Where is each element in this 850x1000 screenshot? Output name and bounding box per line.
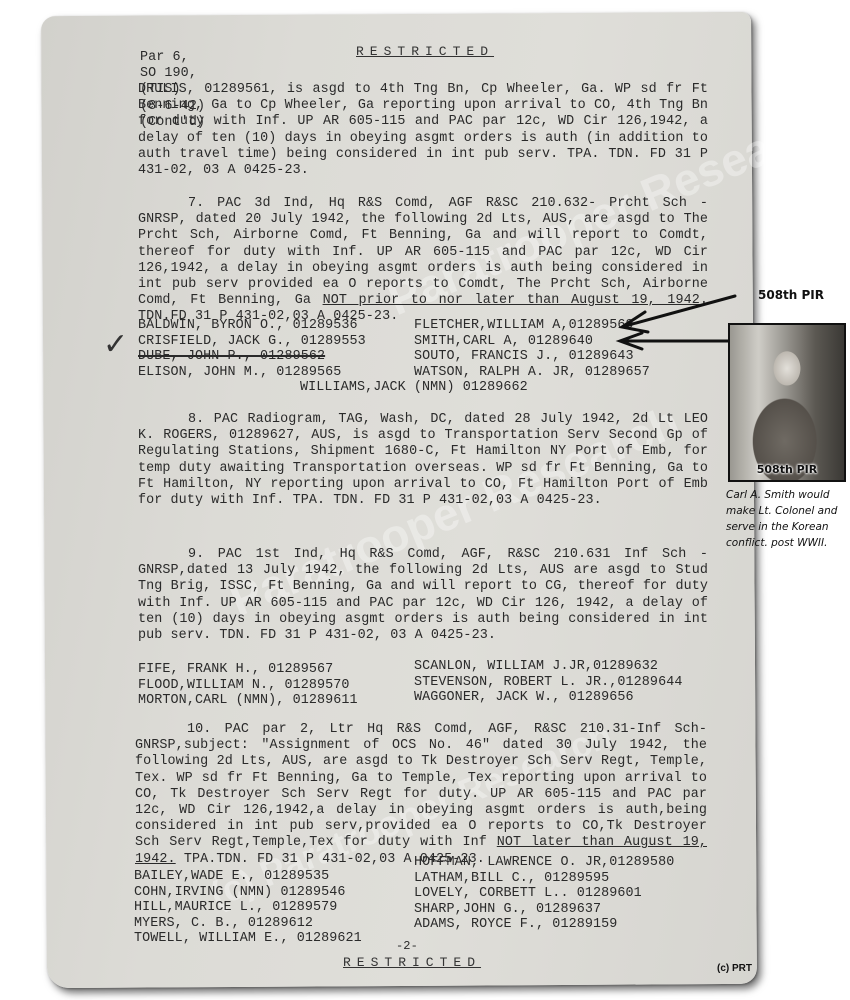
name-entry: COHN,IRVING (NMN) 01289546 <box>134 885 362 901</box>
name-entry: ELISON, JOHN M., 01289565 <box>138 365 366 381</box>
name-entry: BAILEY,WADE E., 01289535 <box>134 869 362 885</box>
name-entry: FIFE, FRANK H., 01289567 <box>138 662 358 678</box>
name-entry: FLETCHER,WILLIAM A,01289569 <box>414 318 650 334</box>
paragraph-7: 7. PAC 3d Ind, Hq R&S Comd, AGF R&SC 210… <box>138 196 708 326</box>
name-entry: CRISFIELD, JACK G., 01289553 <box>138 334 366 350</box>
name-entry: MYERS, C. B., 01289612 <box>134 916 362 932</box>
names-list-right: HOFFMAN, LAWRENCE O. JR,01289580 LATHAM,… <box>414 855 674 933</box>
name-entry: HOFFMAN, LAWRENCE O. JR,01289580 <box>414 855 674 871</box>
paragraph-9: 9. PAC 1st Ind, Hq R&S Comd, AGF, R&SC 2… <box>138 547 708 644</box>
names-list-left: BAILEY,WADE E., 01289535 COHN,IRVING (NM… <box>134 869 362 947</box>
name-entry: STEVENSON, ROBERT L. JR.,01289644 <box>414 675 682 691</box>
name-entry: LATHAM,BILL C., 01289595 <box>414 871 674 887</box>
name-entry: SHARP,JOHN G., 01289637 <box>414 902 674 918</box>
paragraph-8: 8. PAC Radiogram, TAG, Wash, DC, dated 2… <box>138 412 708 509</box>
name-entry: SOUTO, FRANCIS J., 01289643 <box>414 349 650 365</box>
name-entry: MORTON,CARL (NMN), 01289611 <box>138 693 358 709</box>
classification-bottom: RESTRICTED <box>343 955 481 971</box>
names-list-right: SCANLON, WILLIAM J.JR,01289632 STEVENSON… <box>414 659 682 706</box>
paragraph-continued: DRULIS, 01289561, is asgd to 4th Tng Bn,… <box>138 82 708 179</box>
name-entry: BALDWIN, BYRON O., 01289536 <box>138 318 366 334</box>
classification-top: RESTRICTED <box>356 44 494 60</box>
name-entry: TOWELL, WILLIAM E., 01289621 <box>134 931 362 947</box>
name-entry-struck: DUBE, JOHN P., 01289562 <box>138 349 366 365</box>
name-entry: SCANLON, WILLIAM J.JR,01289632 <box>414 659 682 675</box>
name-entry: ADAMS, ROYCE F., 01289159 <box>414 917 674 933</box>
arrow-label: 508th PIR <box>758 288 824 302</box>
name-entry-highlighted: SMITH,CARL A, 01289640 <box>414 334 650 350</box>
name-entry: WILLIAMS,JACK (NMN) 01289662 <box>300 380 528 396</box>
names-list-left: BALDWIN, BYRON O., 01289536 CRISFIELD, J… <box>138 318 366 380</box>
name-entry: HILL,MAURICE L., 01289579 <box>134 900 362 916</box>
copyright-notice: (c) PRT <box>717 963 752 974</box>
names-list-right: FLETCHER,WILLIAM A,01289569 SMITH,CARL A… <box>414 318 650 380</box>
page-number: -2- <box>396 938 418 954</box>
names-list-left: FIFE, FRANK H., 01289567 FLOOD,WILLIAM N… <box>138 662 358 709</box>
portrait-photo: 508th PIR <box>728 323 846 482</box>
photo-caption: Carl A. Smith would make Lt. Colonel and… <box>726 487 850 551</box>
checkmark-icon: ✓ <box>103 337 128 353</box>
name-entry: WATSON, RALPH A. JR, 01289657 <box>414 365 650 381</box>
photo-badge: 508th PIR <box>730 463 844 476</box>
paragraph-10: 10. PAC par 2, Ltr Hq R&S Comd, AGF, R&S… <box>135 722 707 868</box>
name-entry: WAGGONER, JACK W., 01289656 <box>414 690 682 706</box>
name-entry: FLOOD,WILLIAM N., 01289570 <box>138 678 358 694</box>
names-list-center: WILLIAMS,JACK (NMN) 01289662 <box>300 380 528 396</box>
name-entry: LOVELY, CORBETT L.. 01289601 <box>414 886 674 902</box>
